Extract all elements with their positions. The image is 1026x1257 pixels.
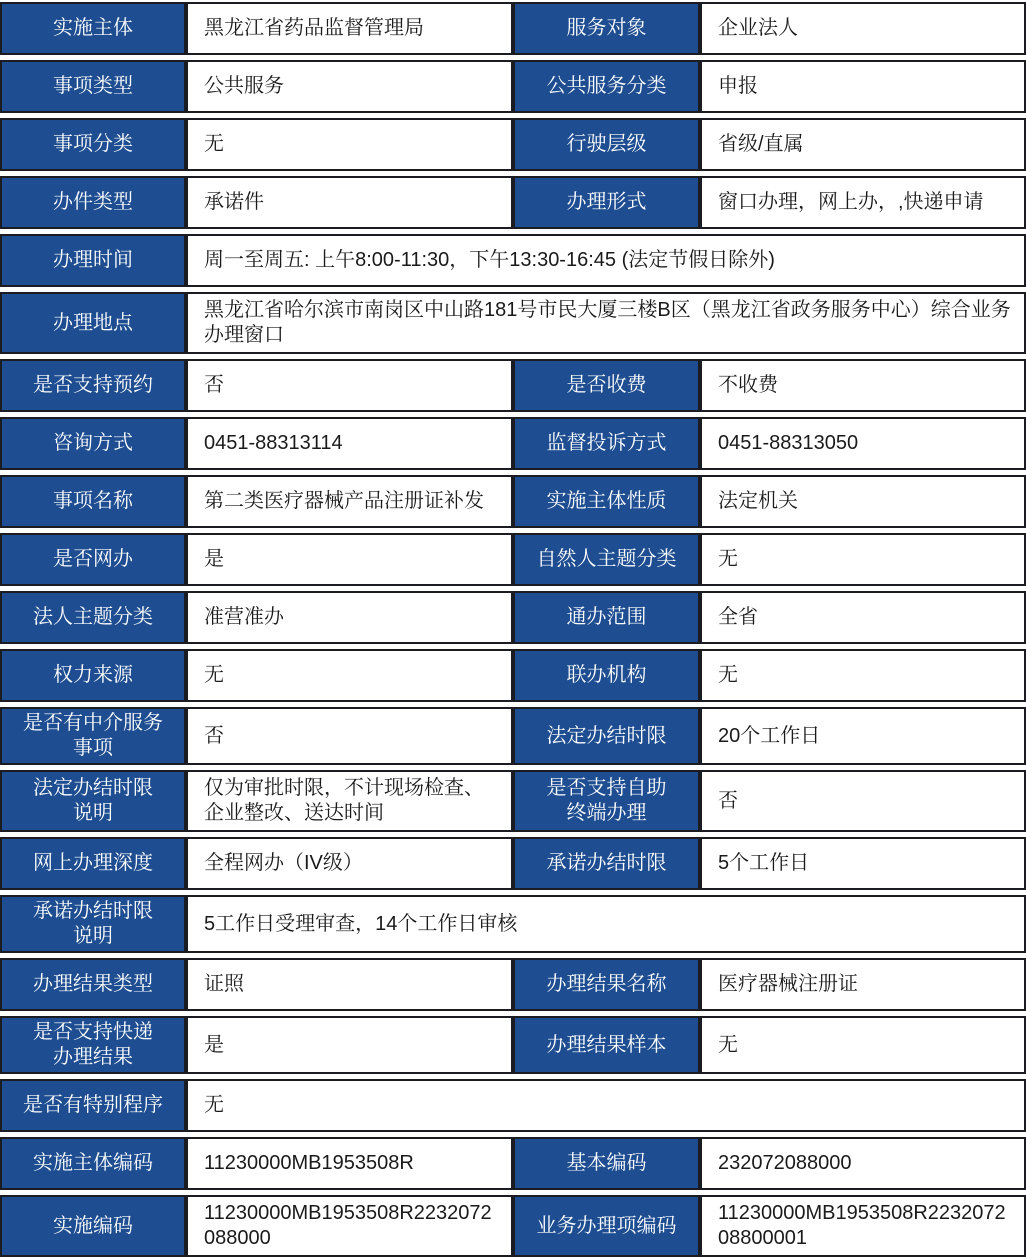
value-cell: 企业法人 <box>700 2 1026 55</box>
value-cell: 省级/直属 <box>700 118 1026 171</box>
value-cell: 0451-88313050 <box>700 417 1026 470</box>
label-cell: 办理结果名称 <box>513 958 700 1011</box>
service-info-table: 实施主体 黑龙江省药品监督管理局 服务对象 企业法人 事项类型 公共服务 公共服… <box>0 2 1026 1257</box>
value-cell: 否 <box>186 707 513 765</box>
label-cell: 办理时间 <box>0 234 186 287</box>
label-cell: 实施主体 <box>0 2 186 55</box>
label-cell: 实施编码 <box>0 1195 186 1257</box>
label-cell: 实施主体编码 <box>0 1137 186 1190</box>
label-cell: 权力来源 <box>0 649 186 702</box>
label-cell: 承诺办结时限 说明 <box>0 895 186 953</box>
value-cell: 黑龙江省哈尔滨市南岗区中山路181号市民大厦三楼B区（黑龙江省政务服务中心）综合… <box>186 292 1026 354</box>
label-cell: 办理地点 <box>0 292 186 354</box>
value-cell: 5工作日受理审查，14个工作日审核 <box>186 895 1026 953</box>
value-cell: 232072088000 <box>700 1137 1026 1190</box>
label-cell: 是否有中介服务 事项 <box>0 707 186 765</box>
value-cell: 医疗器械注册证 <box>700 958 1026 1011</box>
label-cell: 行驶层级 <box>513 118 700 171</box>
value-cell: 11230000MB1953508R2232072088000 <box>186 1195 513 1257</box>
value-cell: 否 <box>186 359 513 412</box>
label-cell: 通办范围 <box>513 591 700 644</box>
label-cell: 事项名称 <box>0 475 186 528</box>
value-cell: 否 <box>700 770 1026 832</box>
value-cell: 0451-88313114 <box>186 417 513 470</box>
label-cell: 事项类型 <box>0 60 186 113</box>
label-cell: 事项分类 <box>0 118 186 171</box>
label-cell: 公共服务分类 <box>513 60 700 113</box>
value-cell: 周一至周五: 上午8:00-11:30，下午13:30-16:45 (法定节假日… <box>186 234 1026 287</box>
value-cell: 无 <box>186 649 513 702</box>
value-cell: 全省 <box>700 591 1026 644</box>
label-cell: 办理结果类型 <box>0 958 186 1011</box>
label-cell: 联办机构 <box>513 649 700 702</box>
label-cell: 法定办结时限 说明 <box>0 770 186 832</box>
value-cell: 是 <box>186 1016 513 1074</box>
value-cell: 公共服务 <box>186 60 513 113</box>
value-cell: 不收费 <box>700 359 1026 412</box>
value-cell: 是 <box>186 533 513 586</box>
value-cell: 申报 <box>700 60 1026 113</box>
label-cell: 是否支持预约 <box>0 359 186 412</box>
label-cell: 法人主题分类 <box>0 591 186 644</box>
label-cell: 办理结果样本 <box>513 1016 700 1074</box>
label-cell: 是否支持自助 终端办理 <box>513 770 700 832</box>
label-cell: 监督投诉方式 <box>513 417 700 470</box>
value-cell: 无 <box>186 1079 1026 1132</box>
value-cell: 全程网办（IV级） <box>186 837 513 890</box>
label-cell: 咨询方式 <box>0 417 186 470</box>
label-cell: 是否网办 <box>0 533 186 586</box>
value-cell: 无 <box>700 533 1026 586</box>
label-cell: 实施主体性质 <box>513 475 700 528</box>
label-cell: 是否收费 <box>513 359 700 412</box>
value-cell: 11230000MB1953508R223207208800001 <box>700 1195 1026 1257</box>
value-cell: 20个工作日 <box>700 707 1026 765</box>
label-cell: 法定办结时限 <box>513 707 700 765</box>
value-cell: 准营准办 <box>186 591 513 644</box>
value-cell: 无 <box>186 118 513 171</box>
label-cell: 自然人主题分类 <box>513 533 700 586</box>
value-cell: 仅为审批时限，不计现场检查、企业整改、送达时间 <box>186 770 513 832</box>
value-cell: 第二类医疗器械产品注册证补发 <box>186 475 513 528</box>
label-cell: 基本编码 <box>513 1137 700 1190</box>
value-cell: 11230000MB1953508R <box>186 1137 513 1190</box>
value-cell: 证照 <box>186 958 513 1011</box>
label-cell: 办件类型 <box>0 176 186 229</box>
value-cell: 黑龙江省药品监督管理局 <box>186 2 513 55</box>
label-cell: 承诺办结时限 <box>513 837 700 890</box>
label-cell: 网上办理深度 <box>0 837 186 890</box>
label-cell: 服务对象 <box>513 2 700 55</box>
label-cell: 是否支持快递 办理结果 <box>0 1016 186 1074</box>
value-cell: 法定机关 <box>700 475 1026 528</box>
label-cell: 办理形式 <box>513 176 700 229</box>
service-detail-page: 实施主体 黑龙江省药品监督管理局 服务对象 企业法人 事项类型 公共服务 公共服… <box>0 0 1026 1257</box>
value-cell: 承诺件 <box>186 176 513 229</box>
value-cell: 无 <box>700 1016 1026 1074</box>
label-cell: 是否有特别程序 <box>0 1079 186 1132</box>
value-cell: 5个工作日 <box>700 837 1026 890</box>
label-cell: 业务办理项编码 <box>513 1195 700 1257</box>
value-cell: 窗口办理，网上办，,快递申请 <box>700 176 1026 229</box>
value-cell: 无 <box>700 649 1026 702</box>
